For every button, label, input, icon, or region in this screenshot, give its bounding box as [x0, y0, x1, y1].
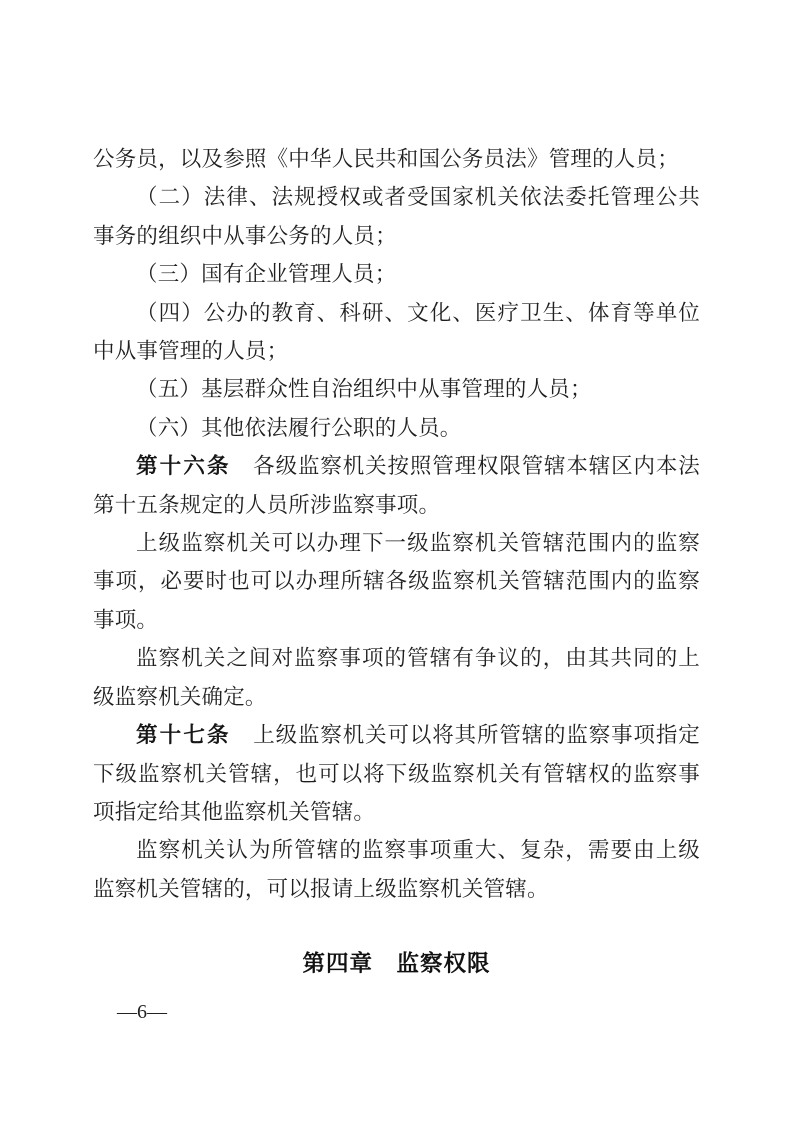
paragraph-text: 监察机关认为所管辖的监察事项重大、复杂，需要由上级监察机关管辖的，可以报请上级监… — [93, 838, 700, 900]
paragraph-text: （六）其他依法履行公职的人员。 — [136, 416, 462, 440]
page-number: —6— — [117, 1000, 167, 1024]
paragraph-text: （二）法律、法规授权或者受国家机关依法委托管理公共事务的组织中从事公务的人员； — [93, 185, 700, 247]
paragraph: 监察机关之间对监察事项的管辖有争议的，由其共同的上级监察机关确定。 — [93, 639, 700, 716]
document-body: 公务员，以及参照《中华人民共和国公务员法》管理的人员；（二）法律、法规授权或者受… — [93, 140, 700, 984]
paragraph: 监察机关认为所管辖的监察事项重大、复杂，需要由上级监察机关管辖的，可以报请上级监… — [93, 831, 700, 908]
paragraph: 第十六条各级监察机关按照管理权限管辖本辖区内本法第十五条规定的人员所涉监察事项。 — [93, 447, 700, 524]
paragraph: 公务员，以及参照《中华人民共和国公务员法》管理的人员； — [93, 140, 700, 178]
article-number: 第十七条 — [136, 723, 231, 747]
paragraph: （六）其他依法履行公职的人员。 — [93, 409, 700, 447]
paragraph: 上级监察机关可以办理下一级监察机关管辖范围内的监察事项，必要时也可以办理所辖各级… — [93, 524, 700, 639]
paragraph-text: （四）公办的教育、科研、文化、医疗卫生、体育等单位中从事管理的人员； — [93, 301, 700, 363]
paragraph: （四）公办的教育、科研、文化、医疗卫生、体育等单位中从事管理的人员； — [93, 294, 700, 371]
article-number: 第十六条 — [136, 454, 231, 478]
chapter-heading: 第四章 监察权限 — [93, 945, 700, 983]
paragraph: （二）法律、法规授权或者受国家机关依法委托管理公共事务的组织中从事公务的人员； — [93, 178, 700, 255]
paragraph-text: （三）国有企业管理人员； — [136, 262, 396, 286]
paragraph-text: 监察机关之间对监察事项的管辖有争议的，由其共同的上级监察机关确定。 — [93, 646, 700, 708]
paragraph-text: （五）基层群众性自治组织中从事管理的人员； — [136, 377, 592, 401]
paragraph-text: 上级监察机关可以办理下一级监察机关管辖范围内的监察事项，必要时也可以办理所辖各级… — [93, 531, 700, 632]
paragraph: （五）基层群众性自治组织中从事管理的人员； — [93, 370, 700, 408]
paragraph: （三）国有企业管理人员； — [93, 255, 700, 293]
paragraph: 第十七条上级监察机关可以将其所管辖的监察事项指定下级监察机关管辖，也可以将下级监… — [93, 716, 700, 831]
paragraph-text: 公务员，以及参照《中华人民共和国公务员法》管理的人员； — [93, 147, 679, 171]
document-page: 公务员，以及参照《中华人民共和国公务员法》管理的人员；（二）法律、法规授权或者受… — [0, 0, 793, 1122]
